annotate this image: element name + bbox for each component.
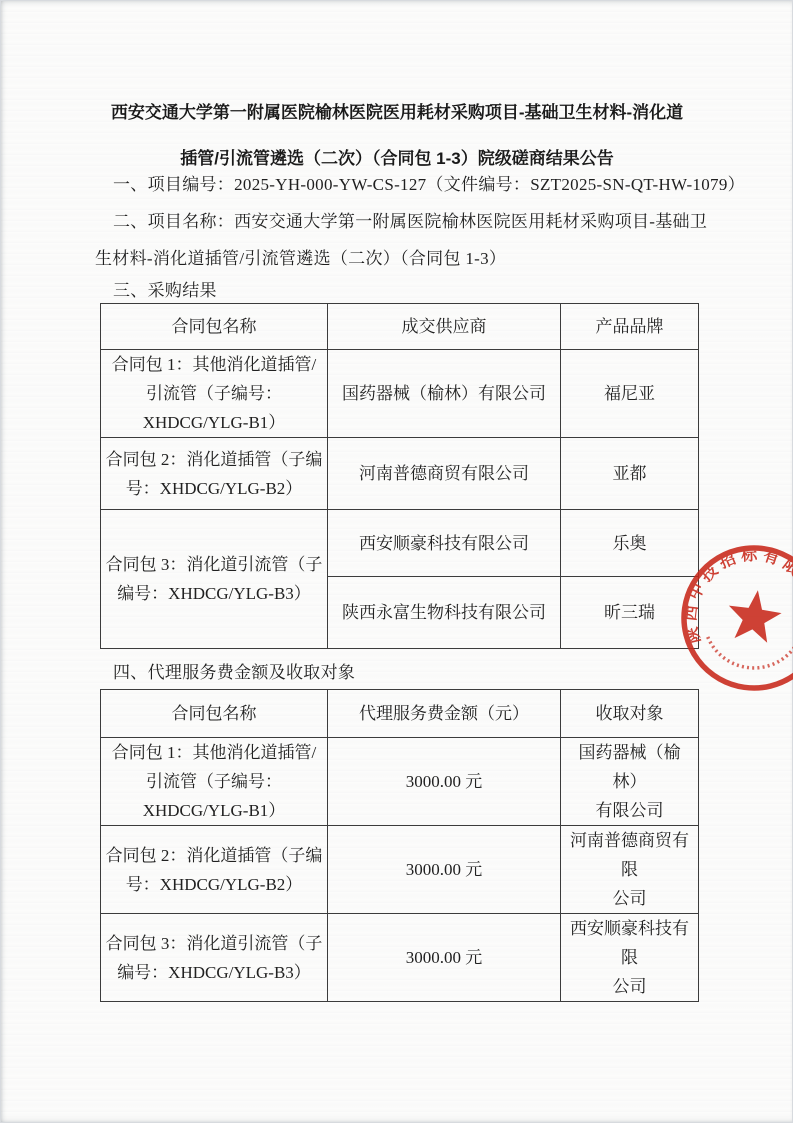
cell-payer-3: 西安顺豪科技有限 公司	[561, 914, 699, 1002]
cell-brand-2: 亚都	[561, 438, 699, 510]
cell-package-3: 合同包 3：消化道引流管（子 编号：XHDCG/YLG-B3）	[101, 510, 328, 649]
agency-fee-table: 合同包名称 代理服务费金额（元） 收取对象 合同包 1：其他消化道插管/ 引流管…	[100, 689, 699, 1002]
section-project-name-line1: 二、项目名称：西安交通大学第一附属医院榆林医院医用耗材采购项目-基础卫	[95, 212, 761, 232]
cell-fee-2: 3000.00 元	[328, 826, 561, 914]
table-header-row: 合同包名称 成交供应商 产品品牌	[101, 304, 699, 350]
cell-payer-2: 河南普德商贸有限 公司	[561, 826, 699, 914]
cell-supplier-1: 国药器械（榆林）有限公司	[328, 350, 561, 438]
table-row: 合同包 2：消化道插管（子编 号：XHDCG/YLG-B2） 河南普德商贸有限公…	[101, 438, 699, 510]
document-page: 西安交通大学第一附属医院榆林医院医用耗材采购项目-基础卫生材料-消化道 插管/引…	[0, 0, 793, 1123]
column-header-supplier: 成交供应商	[328, 304, 561, 350]
section-agency-fee-heading: 四、代理服务费金额及收取对象	[95, 663, 761, 683]
table-row: 合同包 3：消化道引流管（子 编号：XHDCG/YLG-B3） 西安顺豪科技有限…	[101, 510, 699, 577]
document-title: 西安交通大学第一附属医院榆林医院医用耗材采购项目-基础卫生材料-消化道 插管/引…	[94, 90, 700, 182]
section-project-number: 一、项目编号：2025-YH-000-YW-CS-127（文件编号：SZT202…	[95, 175, 761, 195]
section-procurement-result-heading: 三、采购结果	[95, 281, 761, 301]
cell-brand-3a: 乐奥	[561, 510, 699, 577]
seal-star-icon	[724, 587, 784, 645]
cell-brand-1: 福尼亚	[561, 350, 699, 438]
procurement-result-table: 合同包名称 成交供应商 产品品牌 合同包 1：其他消化道插管/ 引流管（子编号：…	[100, 303, 699, 649]
cell-supplier-3a: 西安顺豪科技有限公司	[328, 510, 561, 577]
column-header-payer: 收取对象	[561, 690, 699, 738]
cell-supplier-3b: 陕西永富生物科技有限公司	[328, 577, 561, 649]
cell-package-1: 合同包 1：其他消化道插管/ 引流管（子编号： XHDCG/YLG-B1）	[101, 350, 328, 438]
column-header-package: 合同包名称	[101, 304, 328, 350]
table-row: 合同包 1：其他消化道插管/ 引流管（子编号： XHDCG/YLG-B1） 国药…	[101, 350, 699, 438]
cell-package-2: 合同包 2：消化道插管（子编 号：XHDCG/YLG-B2）	[101, 438, 328, 510]
cell-package-1: 合同包 1：其他消化道插管/ 引流管（子编号： XHDCG/YLG-B1）	[101, 738, 328, 826]
cell-fee-1: 3000.00 元	[328, 738, 561, 826]
cell-supplier-2: 河南普德商贸有限公司	[328, 438, 561, 510]
table-row: 合同包 3：消化道引流管（子 编号：XHDCG/YLG-B3） 3000.00 …	[101, 914, 699, 1002]
table-row: 合同包 2：消化道插管（子编 号：XHDCG/YLG-B2） 3000.00 元…	[101, 826, 699, 914]
cell-package-2: 合同包 2：消化道插管（子编 号：XHDCG/YLG-B2）	[101, 826, 328, 914]
cell-brand-3b: 昕三瑞	[561, 577, 699, 649]
cell-payer-1: 国药器械（榆林） 有限公司	[561, 738, 699, 826]
column-header-brand: 产品品牌	[561, 304, 699, 350]
column-header-package: 合同包名称	[101, 690, 328, 738]
cell-package-3: 合同包 3：消化道引流管（子 编号：XHDCG/YLG-B3）	[101, 914, 328, 1002]
table-header-row: 合同包名称 代理服务费金额（元） 收取对象	[101, 690, 699, 738]
document-title-line1: 西安交通大学第一附属医院榆林医院医用耗材采购项目-基础卫生材料-消化道	[94, 90, 700, 136]
section-project-name-line2: 生材料-消化道插管/引流管遴选（二次）（合同包 1-3）	[95, 249, 743, 269]
cell-fee-3: 3000.00 元	[328, 914, 561, 1002]
table-row: 合同包 1：其他消化道插管/ 引流管（子编号： XHDCG/YLG-B1） 30…	[101, 738, 699, 826]
column-header-fee: 代理服务费金额（元）	[328, 690, 561, 738]
